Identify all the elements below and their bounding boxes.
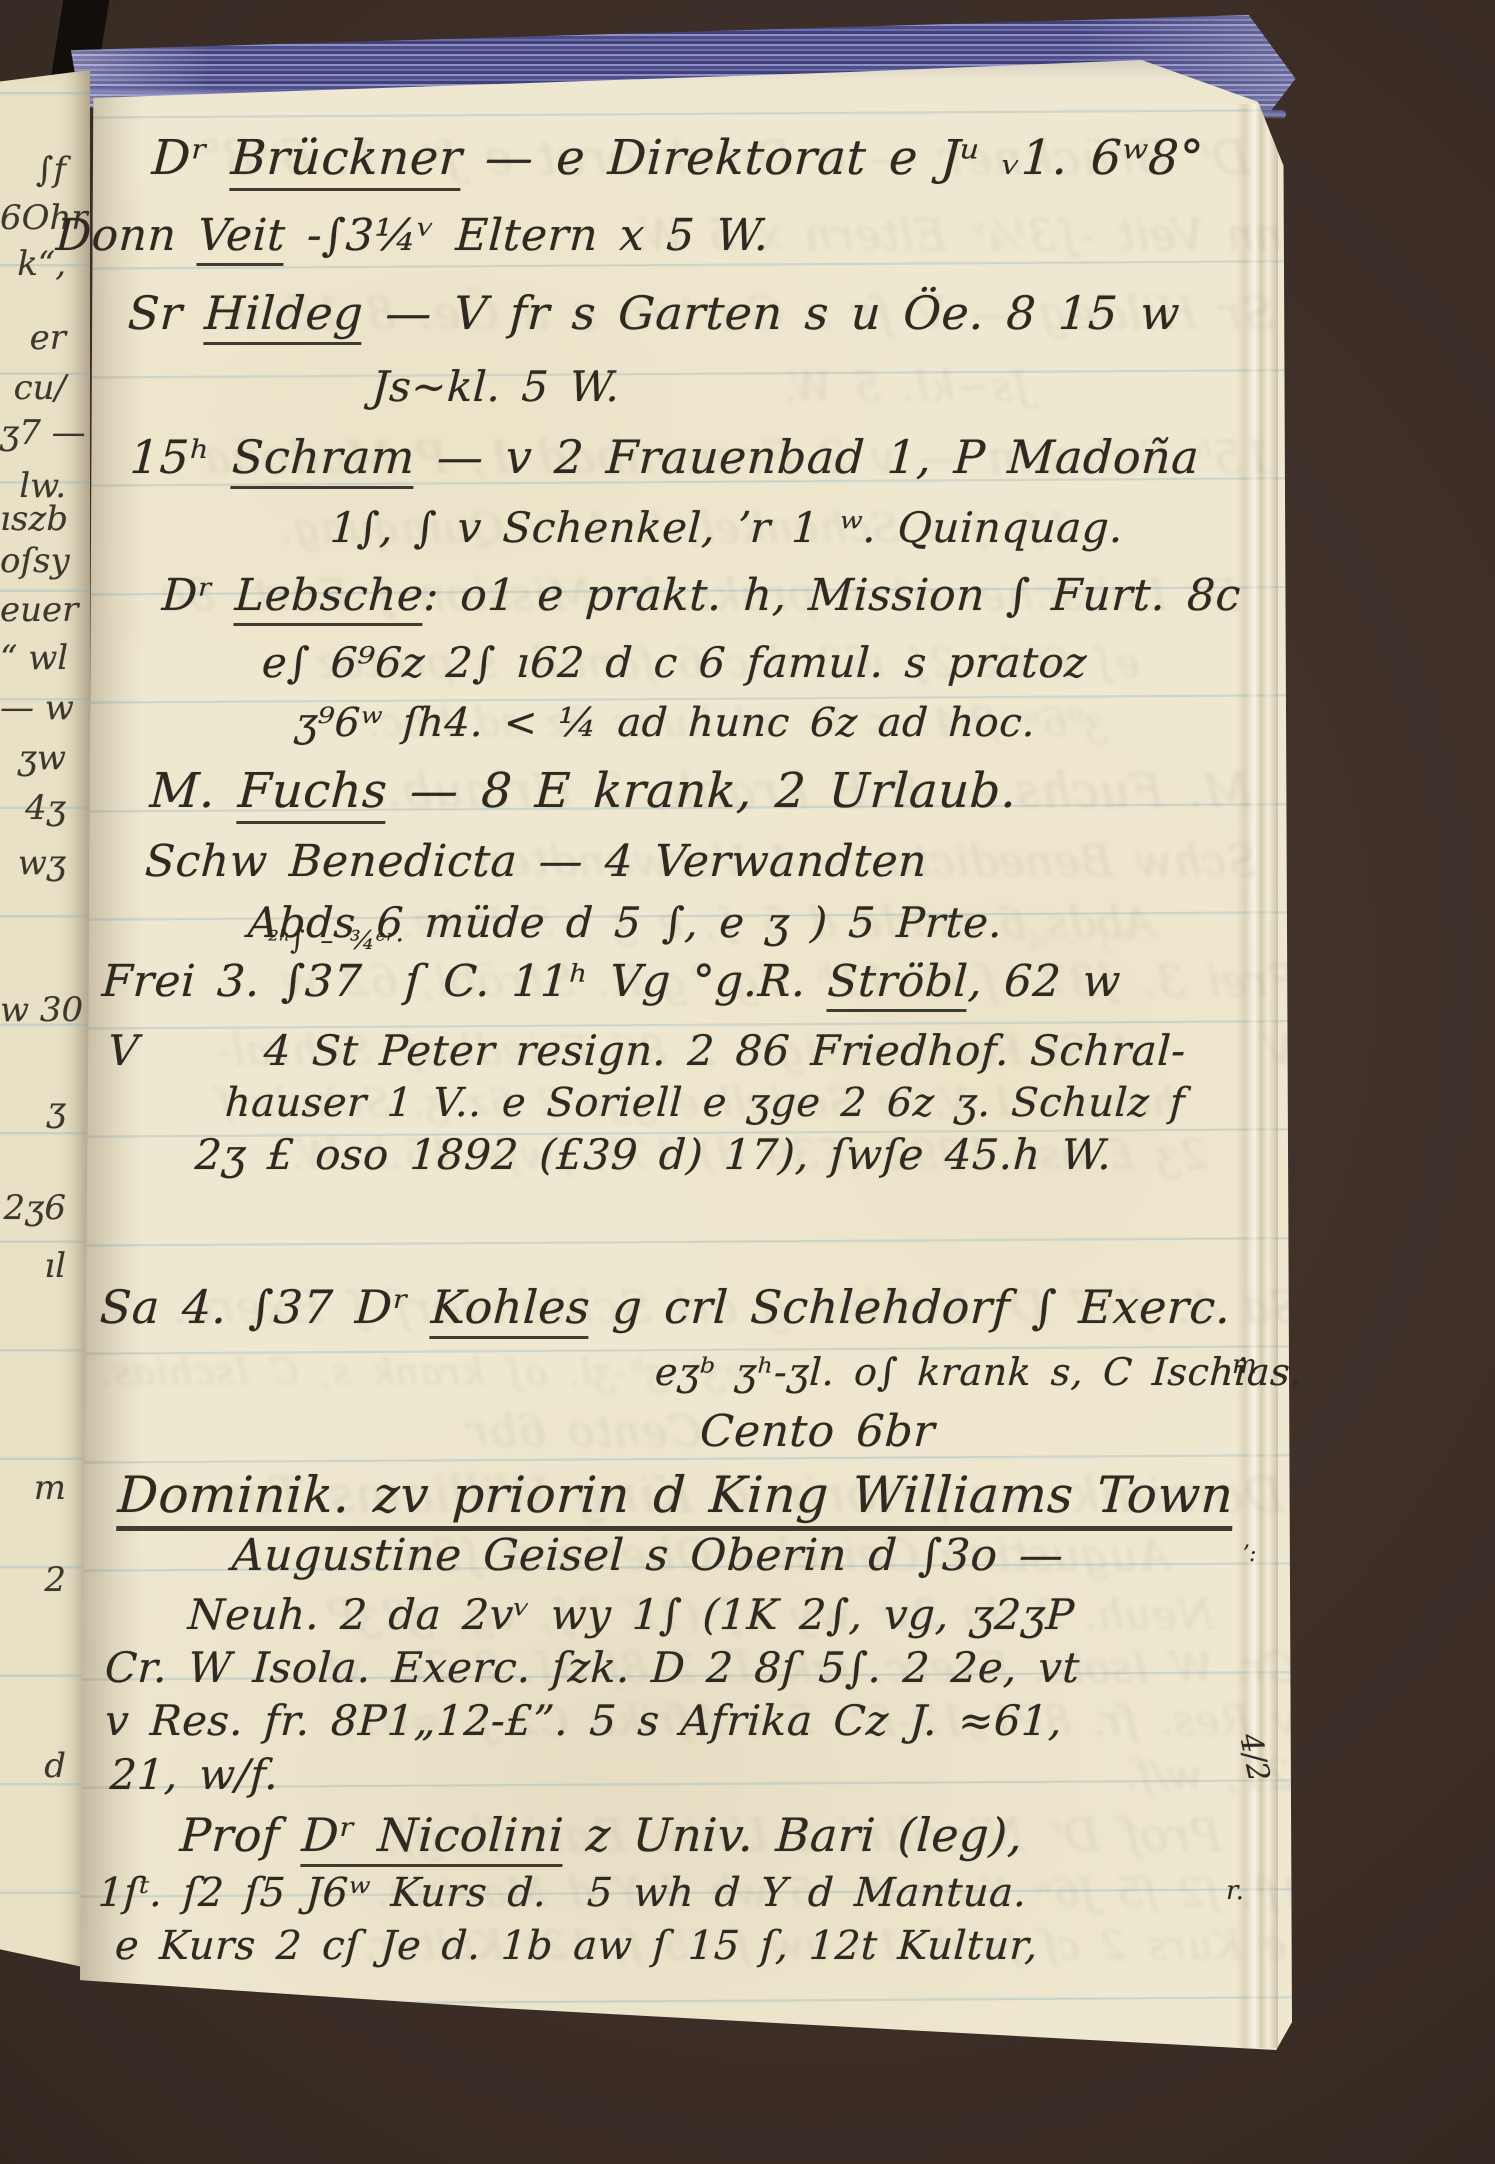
handwritten-line: Cr. W Isola. Exerc. ſzk. D 2 8ſ 5∫. 2 2e… (104, 1643, 1081, 1692)
handwritten-line: Js~kl. 5 W. (371, 362, 621, 411)
line-text: Sr (127, 286, 206, 340)
handwritten-line: Schw Benedicta — 4 Verwandten (144, 836, 929, 887)
underlined-name: Fuchs (236, 763, 388, 824)
line-text: Schw Benedicta — 4 Verwandten (144, 836, 929, 887)
handwritten-line: Sr Hildeg — V fr s Garten s u Öe. 8 15 w (127, 286, 1182, 340)
handwritten-line: Cento 6br (699, 1406, 937, 1457)
handwritten-line: 21, w/f. (109, 1750, 280, 1799)
handwritten-line: ʒ⁹6ʷ ſh4. < ¼ ad hunc 6z ad hoc. (294, 700, 1037, 746)
margin-note: r. (1226, 1876, 1244, 1906)
line-text: M. (149, 763, 240, 819)
line-text: 2ʒ £ oso 1892 (£39 d) 17), ſwſe 45.h W. (194, 1130, 1113, 1179)
underlined-name: Lebsche (233, 570, 424, 626)
handwritten-line: Neuh. 2 da 2vᵛ wy 1∫ (1K 2∫, vg, ʒ2ʒP (187, 1590, 1076, 1639)
line-text: 1ſᵗ. ſ2 ſ5 J6ʷ Kurs d. 5 wh d Y d Mantua… (97, 1870, 1028, 1916)
handwritten-line: e Kurs 2 cſ Je d. 1b aw ſ 15 ſ, 12t Kult… (114, 1923, 1039, 1969)
line-text: e∫ 6⁹6z 2∫ ı62 d c 6 famul. s pratoz (261, 638, 1089, 687)
handwritten-line: eʒᵇ ʒʰ-ʒl. o∫ krank s, C Ischias. (654, 1350, 1304, 1394)
line-text: 15ʰ (129, 430, 234, 484)
line-text: -∫3¼ᵛ Eltern x 5 W. (284, 210, 770, 261)
handwritten-line: 1∫, ∫ v Schenkel, ʼr 1 ʷ. Quinquag. (329, 503, 1125, 552)
line-text: Cento 6br (699, 1406, 937, 1457)
underlined-name: Hildeg (203, 286, 365, 345)
handwritten-line: 1ſᵗ. ſ2 ſ5 J6ʷ Kurs d. 5 wh d Y d Mantua… (97, 1870, 1028, 1916)
line-text: 21, w/f. (109, 1750, 280, 1799)
line-text: ʒ⁹6ʷ ſh4. < ¼ ad hunc 6z ad hoc. (294, 700, 1037, 746)
handwritten-line: Dominik. zv priorin d King Williams Town (116, 1466, 1235, 1524)
handwritten-line: Dʳ Brückner — e Direktorat e Jᵘ ᵥ1. 6ʷ8° (151, 130, 1206, 186)
handwritten-line: 2ʒ £ oso 1892 (£39 d) 17), ſwſe 45.h W. (194, 1130, 1113, 1179)
handwritten-line: Sa 4. ∫37 Dʳ Kohles g crl Schlehdorf ∫ E… (99, 1280, 1233, 1334)
line-text: g crl Schlehdorf ∫ Exerc. (589, 1280, 1233, 1334)
line-text: Cr. W Isola. Exerc. ſzk. D 2 8ſ 5∫. 2 2e… (104, 1643, 1081, 1692)
line-text: — 8 E krank, 2 Urlaub. (386, 763, 1018, 819)
line-text: Sa 4. ∫37 Dʳ (99, 1280, 433, 1334)
line-text: — e Direktorat e Jᵘ ᵥ1. 6ʷ8° (461, 130, 1205, 186)
underlined-name: Dominik. zv priorin d King Williams Town (116, 1466, 1235, 1531)
line-text: Frei 3. ∫37 ſ C. 11ʰ Vg °g.R. (101, 956, 829, 1007)
line-text: Donn (55, 210, 200, 261)
handwritten-line: V 4 St Peter resign. 2 86 Friedhof. Schr… (107, 1026, 1187, 1075)
underlined-name: Schram (230, 430, 416, 489)
line-text: , 62 w (967, 956, 1122, 1007)
line-text: Js~kl. 5 W. (371, 362, 621, 411)
handwritten-line: Prof Dʳ Nicolini z Univ. Bari (leg), (179, 1808, 1025, 1862)
margin-note: 4/2 (1232, 1730, 1276, 1785)
handwritten-line: Dʳ Lebsche: o1 e prakt. h, Mission ∫ Fur… (161, 570, 1242, 621)
line-text: Dʳ (161, 570, 237, 621)
line-text: z Univ. Bari (leg), (563, 1808, 1025, 1862)
underlined-name: Kohles (429, 1280, 591, 1339)
handwritten-line: Augustine Geisel s Oberin d ∫3o — (231, 1530, 1065, 1581)
handwritten-line: Frei 3. ∫37 ſ C. 11ʰ Vg °g.R. Ströbl, 62… (101, 956, 1122, 1007)
handwritten-line: v Res. fr. 8P1„12-£”. 5 s Afrika Cz J. ≈… (104, 1696, 1064, 1745)
underlined-name: Ströbl (826, 956, 970, 1012)
line-text: e Kurs 2 cſ Je d. 1b aw ſ 15 ſ, 12t Kult… (114, 1923, 1039, 1969)
line-text: Dʳ (151, 130, 233, 186)
line-text: Prof (179, 1808, 304, 1862)
margin-note: m (1232, 1350, 1257, 1380)
handwritten-line: 15ʰ Schram — v 2 Frauenbad 1, P Madoña (129, 430, 1201, 484)
line-text: Augustine Geisel s Oberin d ∫3o — (231, 1530, 1065, 1581)
line-text: V 4 St Peter resign. 2 86 Friedhof. Schr… (107, 1026, 1187, 1075)
line-text: — V fr s Garten s u Öe. 8 15 w (362, 286, 1181, 340)
underlined-name: Brückner (229, 130, 464, 191)
line-text: 1∫, ∫ v Schenkel, ʼr 1 ʷ. Quinquag. (329, 503, 1125, 552)
handwriting-layer: Dʳ Brückner — e Direktorat e Jᵘ ᵥ1. 6ʷ8°… (0, 0, 1495, 2164)
underlined-name: Veit (196, 210, 286, 266)
notebook-photo: ∫f6Ohrk“,ercu/ʒ7 —lw.ıszboſsyeuer“ wl— w… (0, 0, 1495, 2164)
line-text: ²ʰ∫ – ¾ᵉʳ· (267, 926, 405, 956)
line-text: hauser 1 V.. e Soriell e ʒge 2 6z ʒ. Sch… (224, 1080, 1186, 1126)
line-text: v Res. fr. 8P1„12-£”. 5 s Afrika Cz J. ≈… (104, 1696, 1064, 1745)
handwritten-line: e∫ 6⁹6z 2∫ ı62 d c 6 famul. s pratoz (261, 638, 1089, 687)
margin-note: ʼ: (1242, 1542, 1256, 1567)
line-text: : o1 e prakt. h, Mission ∫ Furt. 8c (422, 570, 1242, 621)
handwritten-line: Donn Veit -∫3¼ᵛ Eltern x 5 W. (55, 210, 771, 261)
line-text: Neuh. 2 da 2vᵛ wy 1∫ (1K 2∫, vg, ʒ2ʒP (187, 1590, 1076, 1639)
handwritten-line: M. Fuchs — 8 E krank, 2 Urlaub. (149, 763, 1019, 819)
line-text: — v 2 Frauenbad 1, P Madoña (414, 430, 1201, 484)
underlined-name: Dʳ Nicolini (300, 1808, 565, 1867)
handwritten-line: hauser 1 V.. e Soriell e ʒge 2 6z ʒ. Sch… (224, 1080, 1186, 1126)
handwritten-line: ²ʰ∫ – ¾ᵉʳ· (267, 926, 405, 956)
line-text: eʒᵇ ʒʰ-ʒl. o∫ krank s, C Ischias. (654, 1350, 1304, 1394)
